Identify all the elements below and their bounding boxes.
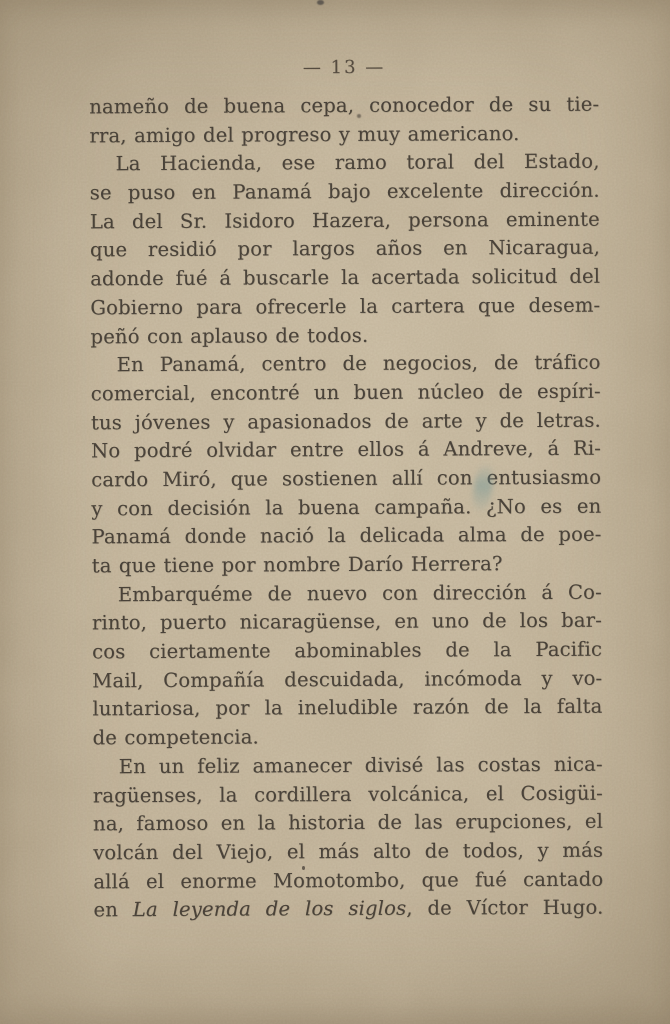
text-segment: tus jóvenes y apasionados de arte y de l… — [91, 408, 601, 434]
text-segment: rinto, puerto nicaragüense, en uno de lo… — [92, 609, 602, 635]
text-segment: en — [93, 898, 132, 921]
body-text: nameño de buena cepa, conocedor de su ti… — [89, 91, 603, 926]
text-line: La del Sr. Isidoro Hazera, persona emine… — [90, 205, 600, 236]
text-segment: que residió por largos años en Nicaragua… — [90, 236, 600, 262]
text-segment: ragüenses, la cordillera volcánica, el C… — [93, 781, 603, 807]
text-segment: rra, amigo del progreso y muy americano. — [89, 122, 519, 147]
text-segment: luntariosa, por la ineludible razón de l… — [92, 695, 602, 721]
text-segment: Mail, Compañía descuidada, incómoda y vo… — [92, 666, 602, 692]
text-line: ta que tiene por nombre Darío Herrera? — [92, 550, 602, 581]
text-segment: cardo Miró, que sostienen allí con entus… — [91, 466, 601, 492]
text-segment: adonde fué á buscarle la acertada solici… — [90, 265, 600, 291]
text-segment: La Hacienda, ese ramo toral del Estado, — [115, 150, 599, 176]
text-segment: volcán del Viejo, el más alto de todos, … — [93, 839, 603, 865]
text-segment: Embarquéme de nuevo con dirección á Co- — [118, 580, 602, 606]
text-line: luntariosa, por la ineludible razón de l… — [92, 693, 602, 724]
text-line: Panamá donde nació la delicada alma de p… — [91, 521, 601, 552]
text-line: en La leyenda de los siglos, de Víctor H… — [93, 894, 603, 925]
text-segment: En Panamá, centro de negocios, de tráfic… — [117, 351, 601, 377]
text-line: cos ciertamente abominables de la Pacifi… — [92, 636, 602, 667]
page-content: — 13 — nameño de buena cepa, conocedor d… — [89, 56, 604, 926]
page-number: — 13 — — [89, 56, 599, 81]
text-segment: y con decisión la buena campaña. ¿No es … — [91, 494, 601, 520]
text-line: comercial, encontré un buen núcleo de es… — [91, 378, 601, 409]
text-segment: ta que tiene por nombre Darío Herrera? — [92, 552, 503, 577]
text-line: volcán del Viejo, el más alto de todos, … — [93, 837, 603, 868]
text-line: Gobierno para ofrecerle la cartera que d… — [90, 291, 600, 322]
book-page-scan: — 13 — nameño de buena cepa, conocedor d… — [0, 0, 670, 1024]
text-line: adonde fué á buscarle la acertada solici… — [90, 263, 600, 294]
text-line: No podré olvidar entre ellos á Andreve, … — [91, 435, 601, 466]
text-line: cardo Miró, que sostienen allí con entus… — [91, 464, 601, 495]
text-segment: nameño de buena cepa, conocedor de su ti… — [89, 93, 599, 119]
text-line: tus jóvenes y apasionados de arte y de l… — [91, 406, 601, 437]
text-line: ragüenses, la cordillera volcánica, el C… — [93, 779, 603, 810]
text-line: peñó con aplauso de todos. — [90, 320, 600, 351]
text-segment: allá el enorme Momotombo, que fué cantad… — [93, 867, 603, 893]
text-segment: comercial, encontré un buen núcleo de es… — [91, 380, 601, 406]
text-line: nameño de buena cepa, conocedor de su ti… — [89, 91, 599, 122]
text-segment: No podré olvidar entre ellos á Andreve, … — [91, 437, 601, 463]
text-segment: de competencia. — [93, 726, 259, 750]
text-line: Embarquéme de nuevo con dirección á Co- — [92, 578, 602, 609]
text-line: de competencia. — [92, 722, 602, 753]
text-line: En un feliz amanecer divisé las costas n… — [93, 750, 603, 781]
text-segment: peñó con aplauso de todos. — [90, 323, 368, 347]
text-segment: La del Sr. Isidoro Hazera, persona emine… — [90, 207, 600, 233]
text-line: La Hacienda, ese ramo toral del Estado, — [89, 148, 599, 179]
text-segment: , de Víctor Hugo. — [406, 896, 603, 920]
text-line: En Panamá, centro de negocios, de tráfic… — [91, 349, 601, 380]
ink-speck — [317, 0, 324, 5]
text-line: allá el enorme Momotombo, que fué cantad… — [93, 865, 603, 896]
text-line: na, famoso en la historia de las erupcio… — [93, 808, 603, 839]
text-line: Mail, Compañía descuidada, incómoda y vo… — [92, 664, 602, 695]
text-segment: En un feliz amanecer divisé las costas n… — [119, 752, 603, 778]
italic-book-title: La leyenda de los siglos — [133, 897, 407, 921]
text-line: se puso en Panamá bajo excelente direcci… — [90, 177, 600, 208]
text-segment: se puso en Panamá bajo excelente direcci… — [90, 179, 600, 205]
text-line: que residió por largos años en Nicaragua… — [90, 234, 600, 265]
text-line: y con decisión la buena campaña. ¿No es … — [91, 492, 601, 523]
text-segment: na, famoso en la historia de las erupcio… — [93, 810, 603, 836]
text-line: rinto, puerto nicaragüense, en uno de lo… — [92, 607, 602, 638]
text-segment: Gobierno para ofrecerle la cartera que d… — [90, 293, 600, 319]
text-segment: Panamá donde nació la delicada alma de p… — [91, 523, 601, 549]
text-segment: cos ciertamente abominables de la Pacifi… — [92, 638, 602, 664]
text-line: rra, amigo del progreso y muy americano. — [89, 119, 599, 150]
